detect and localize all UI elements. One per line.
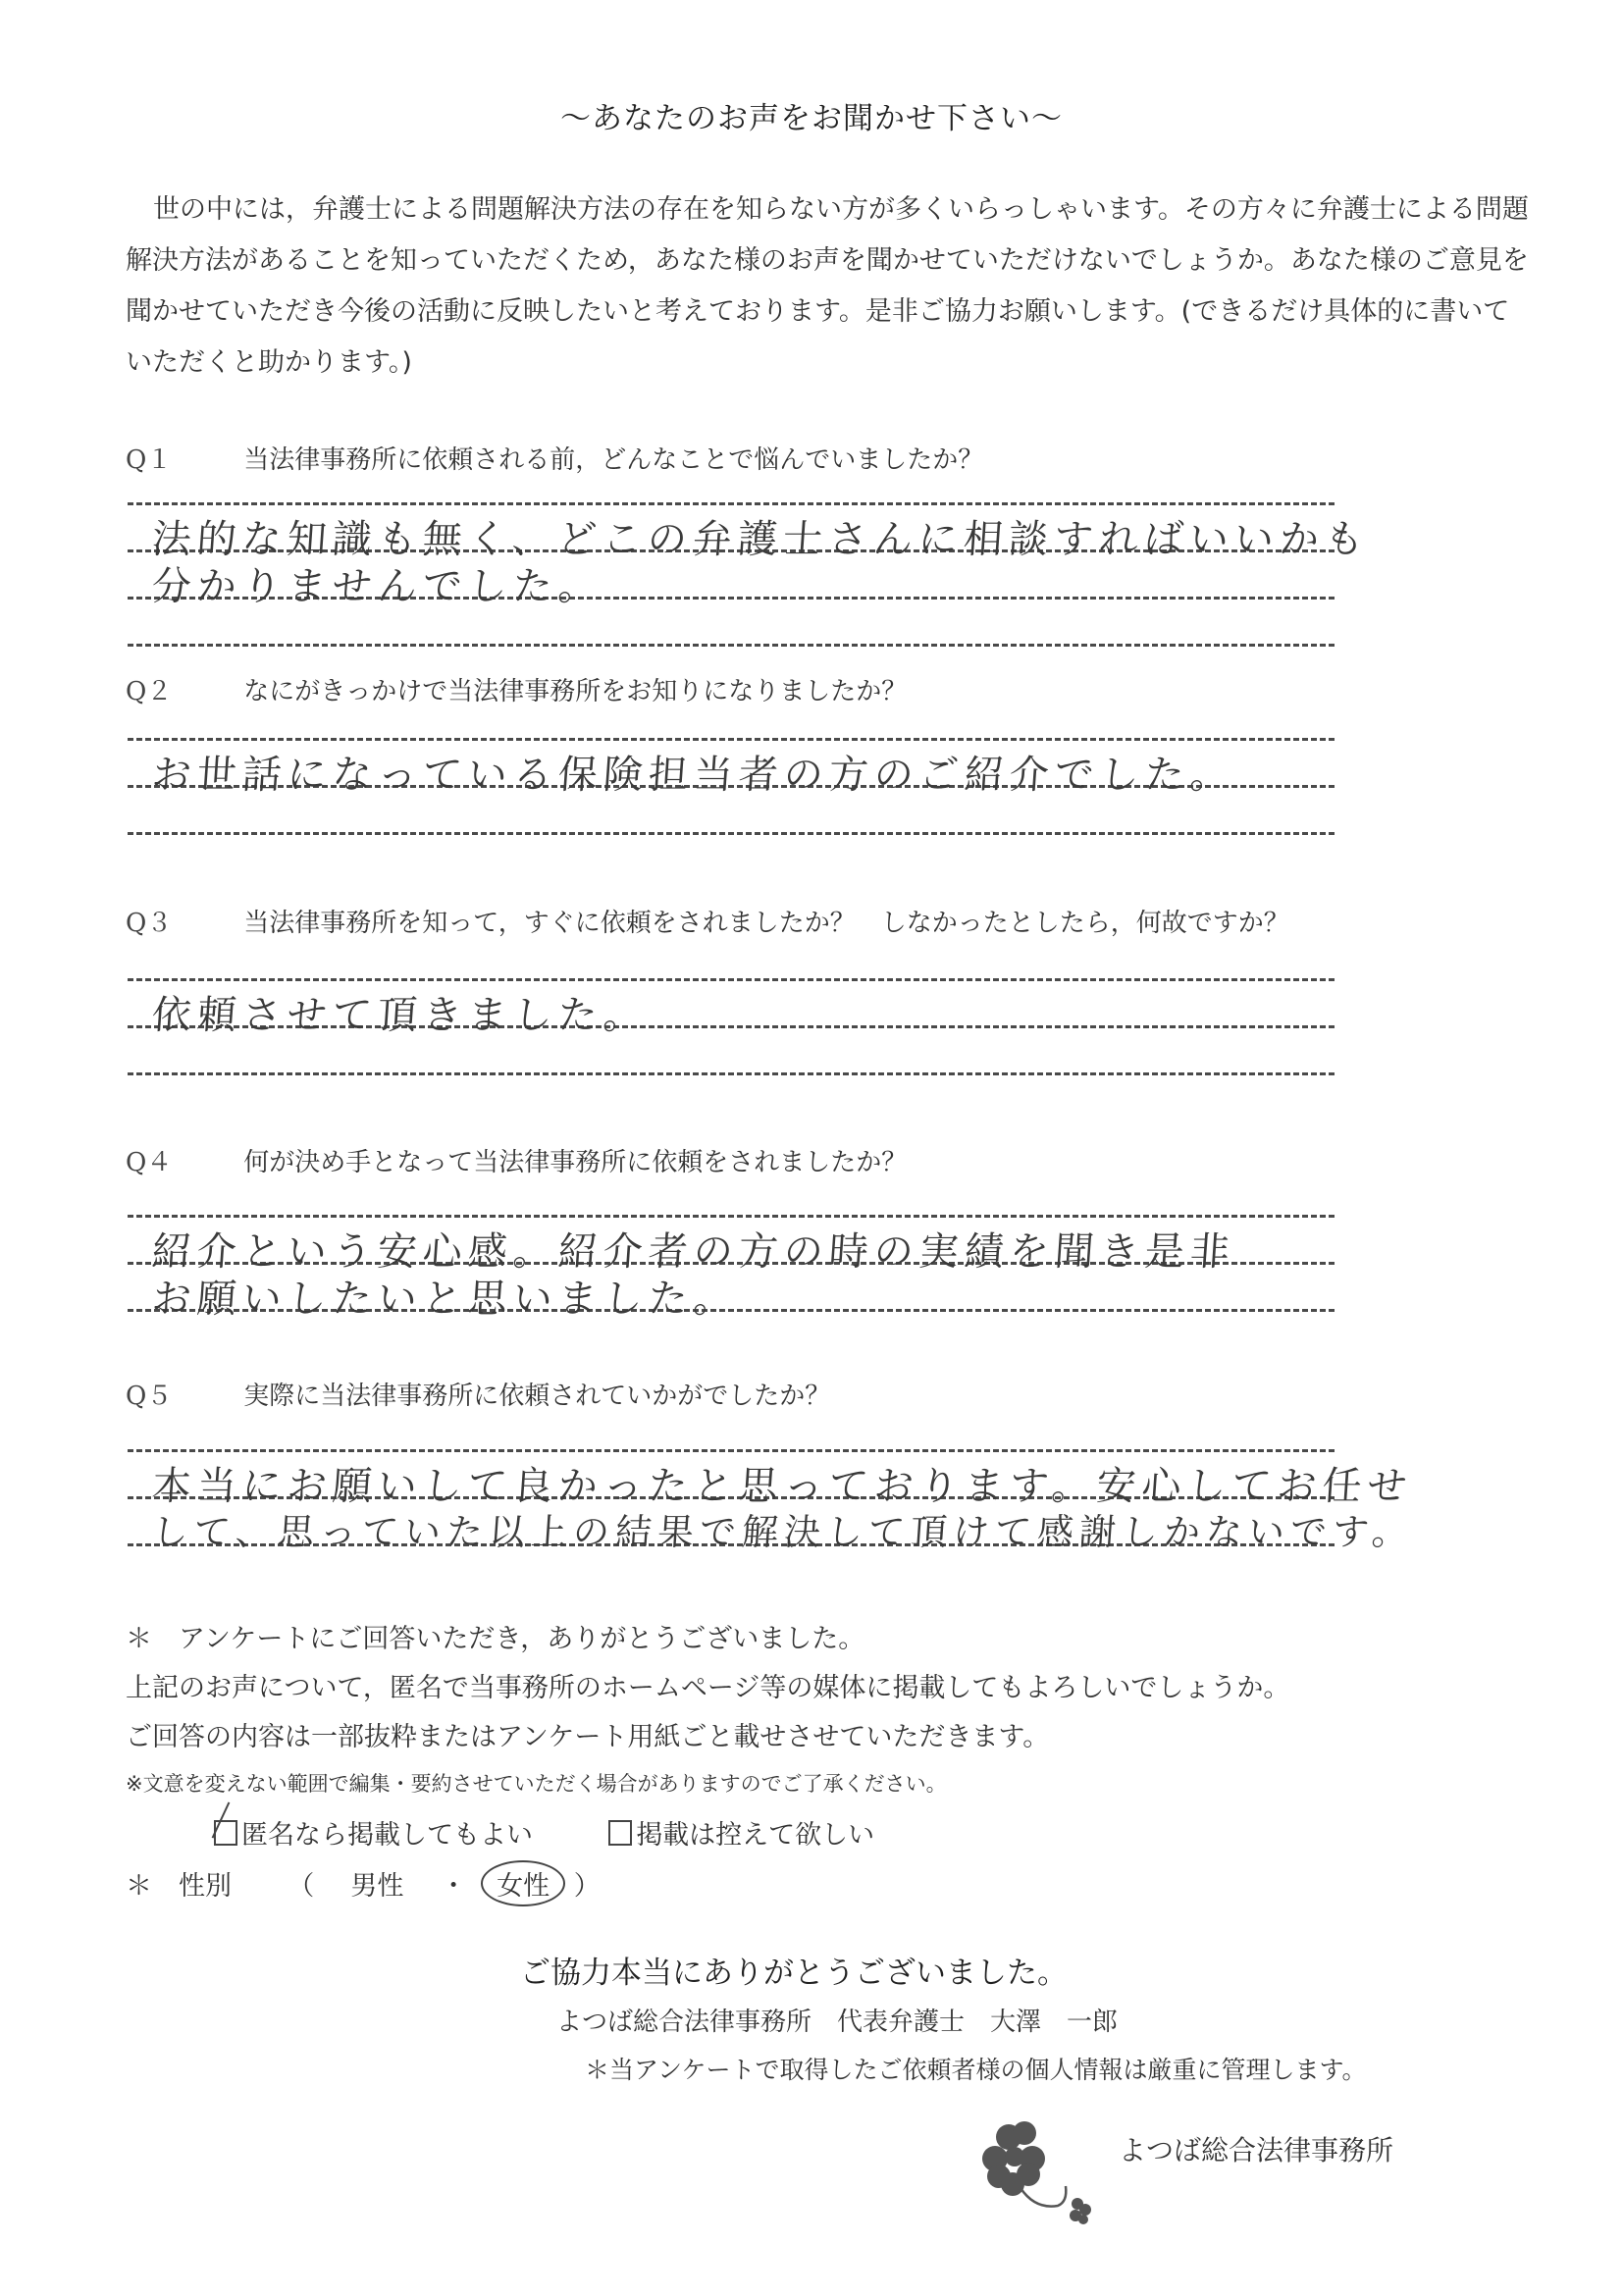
question-number: Q２ [126, 671, 236, 707]
thanks-line: ＊ アンケートにご回答いただき，ありがとうございました。 [126, 1617, 864, 1655]
option-decline-label: 掲載は控えて欲しい [636, 1820, 874, 1851]
paren-open: （ [288, 1871, 314, 1902]
option-anonymous-label: 匿名なら掲載してもよい [241, 1820, 533, 1851]
privacy-note: ＊当アンケートで取得したご依頼者様の個人情報は厳重に管理します。 [585, 2051, 1367, 2086]
edit-note: ※文意を変えない範囲で編集・要約させていただく場合がありますのでご了承ください。 [126, 1768, 947, 1798]
publish-options: 匿名なら掲載してもよい 掲載は控えて欲しい [214, 1813, 874, 1852]
answer-1-line-2: 分かりませんでした。 [150, 555, 605, 611]
answer-3-line-1: 依頼させて頂きました。 [150, 984, 651, 1040]
question-text: なにがきっかけで当法律事務所をお知りになりましたか？ [243, 677, 907, 706]
page-title: 〜あなたのお声をお聞かせ下さい〜 [0, 93, 1623, 137]
paren-close: ） [574, 1871, 601, 1902]
question-3: Q３ 当法律事務所を知って，すぐに依頼をされましたか？ しなかったとしたら，何故… [126, 903, 1289, 939]
gender-label: ＊ 性別 [126, 1871, 232, 1902]
publish-question: 上記のお声について，匿名で当事務所のホームページ等の媒体に掲載してもよろしいでし… [126, 1666, 1289, 1704]
answer-2-line-1: お世話になっている保険担当者の方のご紹介でした。 [150, 744, 1237, 800]
question-text: 当法律事務所に依頼される前，どんなことで悩んでいましたか？ [243, 445, 983, 475]
option-anonymous[interactable]: 匿名なら掲載してもよい [214, 1820, 542, 1851]
checkbox-decline[interactable] [608, 1820, 632, 1846]
question-4: Q４ 何が決め手となって当法律事務所に依頼をされましたか？ [126, 1142, 907, 1178]
gender-row: ＊ 性別 （ 男性 ・ 女性 ） [126, 1860, 601, 1906]
question-2: Q２ なにがきっかけで当法律事務所をお知りになりましたか？ [126, 671, 907, 707]
answer-5-line-2: して、思っていた以上の結果で解決して頂けて感謝しかないです。 [150, 1502, 1416, 1555]
question-number: Q３ [126, 903, 236, 939]
content-note: ご回答の内容は一部抜粋またはアンケート用紙ごと載せさせていただきます。 [126, 1715, 1049, 1753]
gender-male[interactable]: 男性 [350, 1871, 403, 1902]
intro-paragraph: 世の中には，弁護士による問題解決方法の存在を知らない方が多くいらっしゃいます。そ… [126, 184, 1529, 389]
question-number: Q１ [126, 440, 236, 476]
question-text: 何が決め手となって当法律事務所に依頼をされましたか？ [243, 1148, 907, 1177]
answer-4-line-2: お願いしたいと思いました。 [150, 1268, 741, 1324]
question-5: Q５ 実際に当法律事務所に依頼されていかがでしたか？ [126, 1376, 830, 1412]
question-number: Q４ [126, 1142, 236, 1178]
question-text: 当法律事務所を知って，すぐに依頼をされましたか？ しなかったとしたら，何故ですか… [243, 909, 1288, 938]
gender-female-selected[interactable]: 女性 [481, 1860, 565, 1906]
question-text: 実際に当法律事務所に依頼されていかがでしたか？ [243, 1382, 830, 1411]
closing-thanks: ご協力本当にありがとうございました。 [520, 1948, 1068, 1992]
option-decline[interactable]: 掲載は控えて欲しい [608, 1820, 874, 1851]
clover-logo-icon [981, 2119, 1099, 2231]
firm-logo-text: よつば総合法律事務所 [1119, 2129, 1393, 2168]
checkbox-anonymous[interactable] [214, 1820, 237, 1846]
signature: よつば総合法律事務所 代表弁護士 大澤 一郎 [556, 2002, 1118, 2038]
question-number: Q５ [126, 1376, 236, 1412]
question-1: Q１ 当法律事務所に依頼される前，どんなことで悩んでいましたか？ [126, 440, 983, 476]
separator: ・ [441, 1871, 467, 1902]
